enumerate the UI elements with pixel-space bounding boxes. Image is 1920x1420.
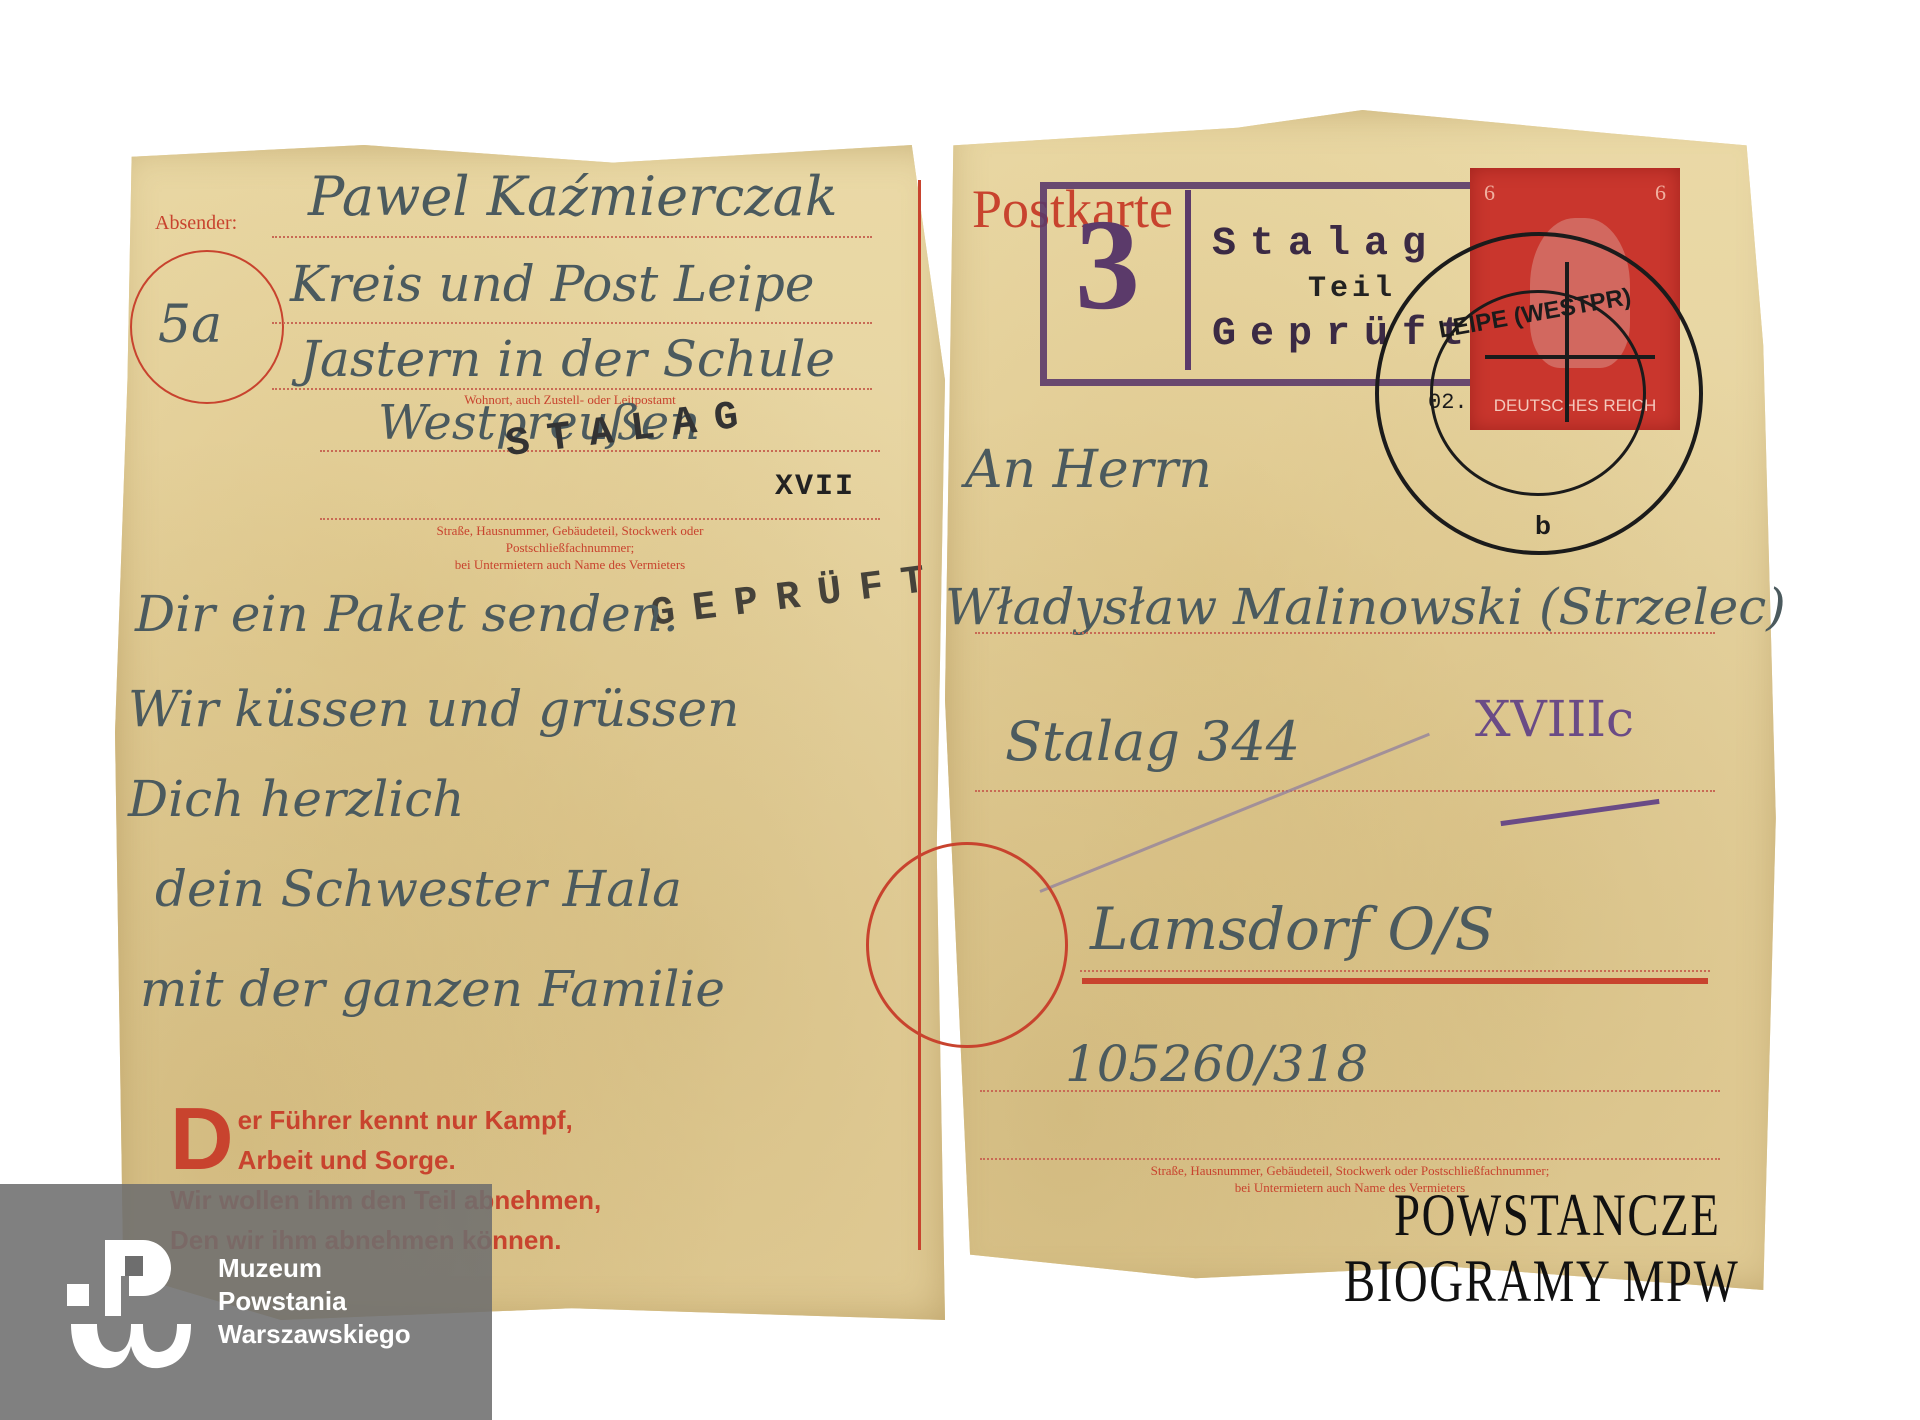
stamp-value: 6 <box>1655 180 1666 206</box>
purple-annotation: XVIIIc <box>1475 690 1634 748</box>
address-caption: Straße, Hausnummer, Gebäudeteil, Stockwe… <box>320 522 820 573</box>
dotted-line <box>975 632 1715 634</box>
dotted-line <box>272 236 872 238</box>
museum-name-line: Muzeum <box>218 1252 411 1285</box>
recipient-line-4: Lamsdorf O/S <box>1090 895 1494 963</box>
dotted-line <box>980 1090 1720 1092</box>
sender-line-3: Jastern in der Schule <box>300 330 835 388</box>
recipient-line-1: An Herrn <box>965 440 1212 500</box>
red-divider-line <box>918 180 921 1250</box>
slogan-line-2: Arbeit und Sorge. <box>170 1140 601 1180</box>
address-caption-line: Straße, Hausnummer, Gebäudeteil, Stockwe… <box>320 522 820 539</box>
recipient-line-5: 105260/318 <box>1065 1035 1368 1093</box>
dotted-line <box>975 790 1715 792</box>
recipient-name: Władysław Malinowski (Strzelec) <box>945 578 1786 636</box>
censor-box-line-2: Teil <box>1308 272 1396 306</box>
red-underline <box>1082 978 1708 984</box>
dotted-line <box>320 518 880 520</box>
stamp-value: 6 <box>1484 180 1495 206</box>
dotted-line <box>272 322 872 324</box>
sender-label: Absender: <box>155 212 237 235</box>
postmark-letter: b <box>1535 510 1551 541</box>
museum-name: Muzeum Powstania Warszawskiego <box>218 1252 411 1351</box>
postmark-cross-bar <box>1485 355 1655 359</box>
kotwica-anchor-icon <box>65 1232 195 1372</box>
sender-name: Pawel Kaźmierczak <box>308 165 838 228</box>
series-watermark: POWSTANCZE BIOGRAMY MPW <box>1344 1182 1739 1314</box>
recipient-line-3: Stalag 344 <box>1005 710 1300 773</box>
slogan-line-1: er Führer kennt nur Kampf, <box>170 1100 601 1140</box>
message-line-2: Wir küssen und grüssen <box>128 680 739 738</box>
red-circle <box>866 842 1068 1048</box>
censor-box-divider <box>1185 190 1191 370</box>
address-caption-line: Straße, Hausnummer, Gebäudeteil, Stockwe… <box>1030 1162 1670 1179</box>
museum-name-line: Powstania <box>218 1285 411 1318</box>
series-watermark-line: POWSTANCZE <box>1344 1182 1739 1248</box>
series-watermark-line: BIOGRAMY MPW <box>1344 1248 1739 1314</box>
message-line-3: Dich herzlich <box>128 770 464 828</box>
address-caption-line: bei Untermietern auch Name des Vermieter… <box>320 556 820 573</box>
address-caption-line: Postschließfachnummer; <box>320 539 820 556</box>
circle-note: 5a <box>158 295 222 355</box>
message-line-5: mit der ganzen Familie <box>140 960 725 1018</box>
censor-number: 3 <box>1075 200 1140 330</box>
postmark-date: 02. <box>1428 390 1468 415</box>
dotted-line <box>1080 970 1710 972</box>
dotted-line <box>272 388 872 390</box>
sender-line-2: Kreis und Post Leipe <box>290 255 814 313</box>
slogan-drop-cap: D <box>170 1100 234 1178</box>
censor-box-line-1: Stalag <box>1212 222 1440 267</box>
dotted-line <box>980 1158 1720 1160</box>
museum-name-line: Warszawskiego <box>218 1318 411 1351</box>
postmark-cross-bar <box>1565 262 1569 422</box>
message-line-4: dein Schwester Hala <box>155 860 682 918</box>
message-line-1: Dir ein Paket senden. <box>135 585 679 643</box>
censor-stamp-number: XVII <box>775 470 855 504</box>
